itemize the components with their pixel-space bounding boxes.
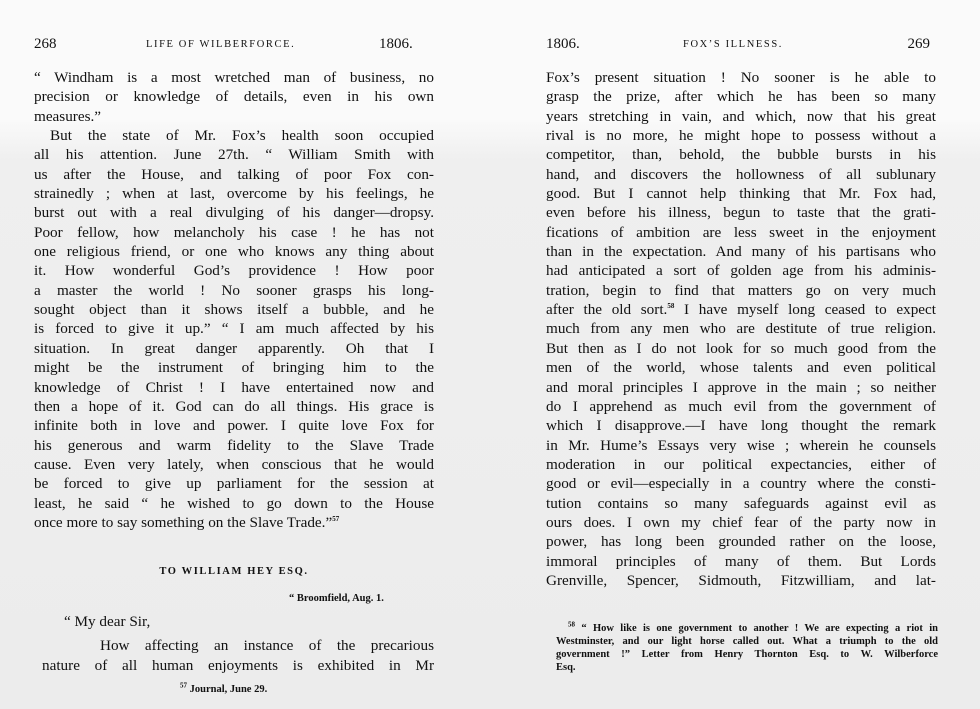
text-line: But then as I do not look for so much go… bbox=[546, 339, 936, 358]
text-line: competitor, than, behold, the bubble bur… bbox=[546, 145, 936, 164]
text-line: in Mr. Hume’s Essays very wise ; wherein… bbox=[546, 436, 936, 455]
text-line: Grenville, Spencer, Sidmouth, Fitzwillia… bbox=[546, 571, 936, 590]
footnote-line: government !” Letter from Henry Thornton… bbox=[556, 648, 938, 661]
running-title: FOX’S ILLNESS. bbox=[683, 39, 783, 50]
text-line: rival is no more, he might hope to posse… bbox=[546, 126, 936, 145]
footnote-line: Esq. bbox=[556, 661, 938, 674]
running-year: 1806. bbox=[546, 36, 580, 53]
text-line: years stretching in vain, and which, now… bbox=[546, 107, 936, 126]
text-line: fications of ambition are less sweet in … bbox=[546, 223, 936, 242]
text-line: burst out with a real divulging of his d… bbox=[34, 203, 434, 222]
text-line-content: after the old sort. bbox=[546, 301, 667, 318]
text-line: measures.” bbox=[34, 107, 434, 126]
left-page: 268 LIFE OF WILBERFORCE. 1806. “ Windham… bbox=[34, 0, 434, 709]
text-line: But the state of Mr. Fox’s health soon o… bbox=[34, 126, 434, 145]
footnote-number: 58 bbox=[568, 621, 575, 629]
text-line: good. But I cannot help thinking that Mr… bbox=[546, 184, 936, 203]
text-line: strainedly ; when at last, overcome by h… bbox=[34, 184, 434, 203]
right-body-text: Fox’s present situation ! No sooner is h… bbox=[546, 68, 936, 590]
text-line: situation. In great danger apparently. O… bbox=[34, 339, 434, 358]
text-line-content: once more to say something on the Slave … bbox=[34, 514, 332, 531]
text-line: “ Windham is a most wretched man of busi… bbox=[34, 68, 434, 87]
footnote: 58 “ How like is one government to anoth… bbox=[556, 622, 938, 674]
right-page: 1806. FOX’S ILLNESS. 269 Fox’s present s… bbox=[546, 0, 936, 709]
right-running-head: 1806. FOX’S ILLNESS. 269 bbox=[546, 36, 936, 56]
text-line: nature of all human enjoyments is exhibi… bbox=[34, 656, 434, 676]
footnote-text: “ How like is one government to another … bbox=[581, 623, 938, 634]
text-line: had anticipated a sort of golden age fro… bbox=[546, 261, 936, 280]
footnote-text: Journal, June 29. bbox=[190, 684, 268, 695]
text-line: it. How wonderful God’s providence ! How… bbox=[34, 261, 434, 280]
footnote-reference[interactable]: 57 bbox=[332, 515, 339, 523]
text-line: immoral principles of many of them. But … bbox=[546, 552, 936, 571]
text-line: power, has long been grounded rather on … bbox=[546, 532, 936, 551]
text-line: cause. Even very lately, when conscious … bbox=[34, 455, 434, 474]
footnote-number: 57 bbox=[180, 682, 187, 690]
text-line: after the old sort.58 I have myself long… bbox=[546, 300, 936, 319]
letter-place-date: “ Broomfield, Aug. 1. bbox=[289, 593, 384, 604]
text-line: than in the expectation. And many of his… bbox=[546, 242, 936, 261]
text-line: then a hope of it. God can do all things… bbox=[34, 397, 434, 416]
footnote-reference[interactable]: 58 bbox=[667, 302, 674, 310]
letter-heading: TO WILLIAM HEY ESQ. bbox=[34, 566, 434, 577]
text-line-content: I have myself long ceased to expect bbox=[684, 301, 936, 318]
text-line: grasp the prize, after which he has been… bbox=[546, 87, 936, 106]
text-line: one religious friend, or one who knows a… bbox=[34, 242, 434, 261]
text-line: his generous and warm fidelity to the Sl… bbox=[34, 436, 434, 455]
text-line: moderation in our political expectancies… bbox=[546, 455, 936, 474]
left-running-head: 268 LIFE OF WILBERFORCE. 1806. bbox=[34, 36, 434, 56]
text-line: once more to say something on the Slave … bbox=[34, 513, 434, 532]
text-line: which I disapprove.—I have long thought … bbox=[546, 416, 936, 435]
text-line: least, he said “ he wished to go down to… bbox=[34, 494, 434, 513]
text-line: knowledge of Christ ! I have entertained… bbox=[34, 378, 434, 397]
text-line: hand, and discovers the hollowness of al… bbox=[546, 165, 936, 184]
text-line: be forced to give up parliament for the … bbox=[34, 474, 434, 493]
text-line: sought object than it shows itself a bub… bbox=[34, 300, 434, 319]
page-number: 269 bbox=[908, 36, 931, 53]
footnote: 57 Journal, June 29. bbox=[180, 683, 267, 696]
text-line: men of the world, whose talents and even… bbox=[546, 358, 936, 377]
text-line: tution contains so many safeguards again… bbox=[546, 494, 936, 513]
text-line: us after the House, and talking of poor … bbox=[34, 165, 434, 184]
text-line: precision or knowledge of details, even … bbox=[34, 87, 434, 106]
text-line: Fox’s present situation ! No sooner is h… bbox=[546, 68, 936, 87]
text-line: tration, begin to find that matters go o… bbox=[546, 281, 936, 300]
letter-salutation: “ My dear Sir, bbox=[64, 613, 150, 631]
text-line: might be the instrument of bringing him … bbox=[34, 358, 434, 377]
text-line: do I apprehend as much evil from the gov… bbox=[546, 397, 936, 416]
left-body-text: “ Windham is a most wretched man of busi… bbox=[34, 68, 434, 532]
text-line: even before his illness, begun to taste … bbox=[546, 203, 936, 222]
text-line: a master the world ! No sooner grasps hi… bbox=[34, 281, 434, 300]
letter-body: How affecting an instance of the precari… bbox=[34, 636, 434, 676]
text-line: ours does. I own my chief fear of the pa… bbox=[546, 513, 936, 532]
text-line: How affecting an instance of the precari… bbox=[34, 636, 434, 656]
footnote-line: 58 “ How like is one government to anoth… bbox=[556, 622, 938, 635]
text-line: good or evil—especially in a country whe… bbox=[546, 474, 936, 493]
text-line: Poor fellow, how melancholy his case ! h… bbox=[34, 223, 434, 242]
page-number: 268 bbox=[34, 36, 57, 53]
text-line: is forced to give it up.” “ I am much af… bbox=[34, 319, 434, 338]
text-line: much from any men who are destitute of t… bbox=[546, 319, 936, 338]
text-line: all his attention. June 27th. “ William … bbox=[34, 145, 434, 164]
running-year: 1806. bbox=[379, 36, 413, 53]
text-line: and moral principles I approve in the ma… bbox=[546, 378, 936, 397]
running-title: LIFE OF WILBERFORCE. bbox=[146, 39, 295, 50]
footnote-line: Westminster, and our light horse called … bbox=[556, 635, 938, 648]
text-line: infinite both in love and power. I quite… bbox=[34, 416, 434, 435]
